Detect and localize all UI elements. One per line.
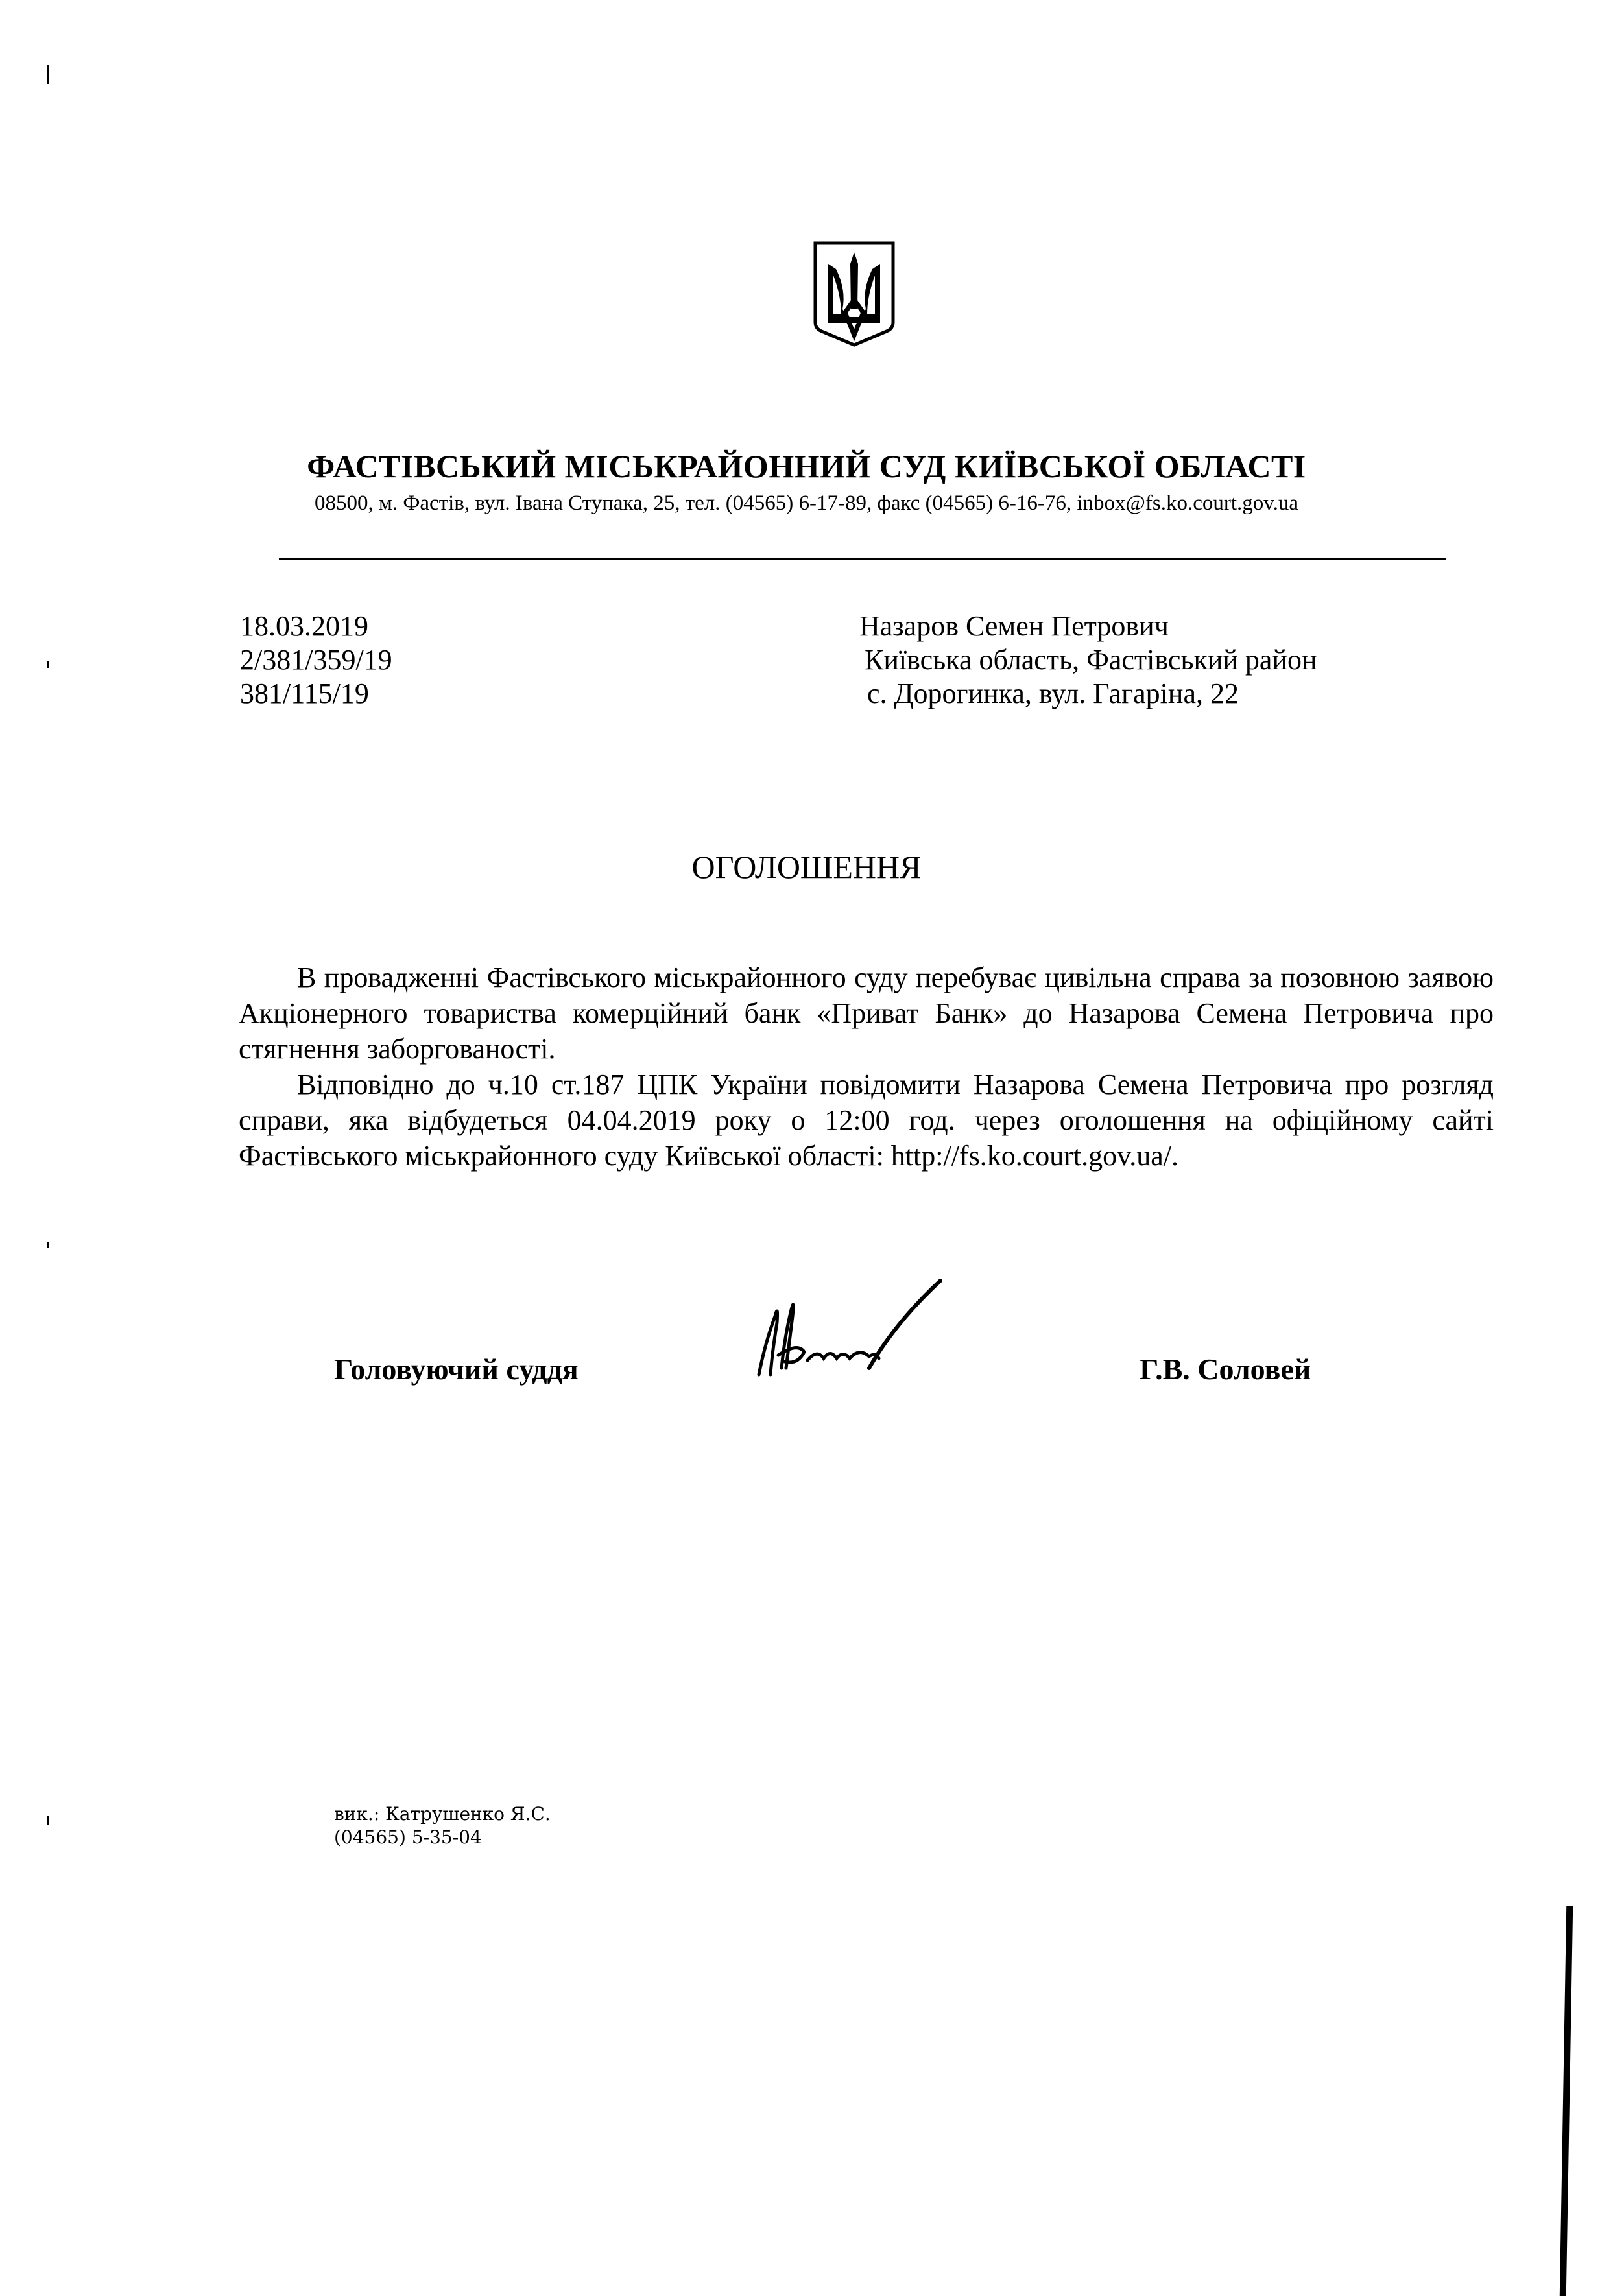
recipient-block: Назаров Семен Петрович Київська область,… [859, 610, 1317, 711]
scan-artifact-mark [47, 661, 49, 668]
executor-info: вик.: Катрушенко Я.С. (04565) 5-35-04 [334, 1803, 551, 1849]
outgoing-number: 381/115/19 [240, 677, 392, 711]
scan-artifact-mark [47, 1242, 49, 1248]
document-body: В провадженні Фастівського міськрайонног… [239, 960, 1494, 1174]
document-date: 18.03.2019 [240, 610, 392, 643]
recipient-name: Назаров Семен Петрович [859, 610, 1317, 643]
executor-name: вик.: Катрушенко Я.С. [334, 1803, 551, 1826]
case-number: 2/381/359/19 [240, 643, 392, 677]
body-paragraph-2: Відповідно до ч.10 ст.187 ЦПК України по… [239, 1067, 1494, 1174]
recipient-street: с. Дорогинка, вул. Гагаріна, 22 [867, 677, 1317, 711]
scan-artifact-mark [47, 1816, 49, 1825]
document-meta: 18.03.2019 2/381/359/19 381/115/19 [240, 610, 392, 711]
executor-phone: (04565) 5-35-04 [334, 1826, 551, 1849]
court-name: ФАСТІВСЬКИЙ МІСЬКРАЙОННИЙ СУД КИЇВСЬКОЇ … [0, 447, 1613, 485]
court-address: 08500, м. Фастів, вул. Івана Ступака, 25… [0, 491, 1613, 515]
signature-icon [746, 1277, 1070, 1388]
signer-role: Головуючий суддя [334, 1352, 579, 1386]
body-paragraph-1: В провадженні Фастівського міськрайонног… [239, 960, 1494, 1067]
scan-edge-line [1560, 1906, 1573, 2296]
coat-of-arms-icon [809, 238, 900, 348]
recipient-region: Київська область, Фастівський район [865, 643, 1317, 677]
document-title: ОГОЛОШЕННЯ [0, 848, 1613, 886]
header-divider [279, 558, 1446, 560]
signer-name: Г.В. Соловей [1140, 1352, 1311, 1386]
scan-artifact-mark [47, 65, 49, 84]
